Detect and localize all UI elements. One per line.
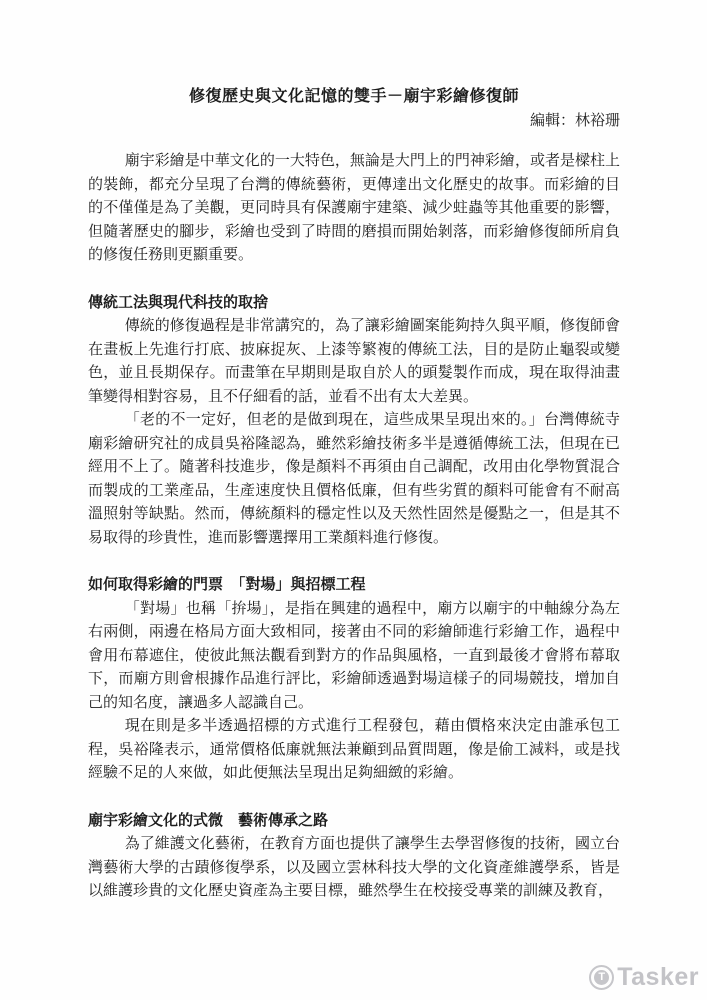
section-heading: 傳統工法與現代科技的取捨 (88, 292, 620, 316)
paragraph: 廟宇彩繪是中華文化的一大特色，無論是大門上的門神彩繪，或者是樑柱上的裝飾，都充分… (88, 150, 620, 268)
watermark-text: Tasker (617, 965, 699, 990)
section-traditional-vs-modern: 傳統工法與現代科技的取捨 傳統的修復過程是非常講究的，為了讓彩繪圖案能夠持久與平… (88, 292, 620, 551)
paragraph: 為了維護文化藝術，在教育方面也提供了讓學生去學習修復的技術，國立台灣藝術大學的古… (88, 833, 620, 904)
document-page: 修復歷史與文化記憶的雙手－廟宇彩繪修復師 編輯：林裕珊 廟宇彩繪是中華文化的一大… (0, 0, 707, 1000)
paragraph: 傳統的修復過程是非常講究的，為了讓彩繪圖案能夠持久與平順，修復師會在畫板上先進行… (88, 315, 620, 409)
document-content: 修復歷史與文化記憶的雙手－廟宇彩繪修復師 編輯：林裕珊 廟宇彩繪是中華文化的一大… (88, 85, 620, 904)
section-intro: 廟宇彩繪是中華文化的一大特色，無論是大門上的門神彩繪，或者是樑柱上的裝飾，都充分… (88, 150, 620, 268)
tasker-logo-letter: T (594, 970, 609, 985)
paragraph: 「老的不一定好，但老的是做到現在，這些成果呈現出來的。」台灣傳統寺廟彩繪研究社的… (88, 409, 620, 550)
paragraph: 現在則是多半透過招標的方式進行工程發包，藉由價格來決定由誰承包工程，吳裕隆表示，… (88, 715, 620, 786)
editor-byline: 編輯：林裕珊 (88, 110, 620, 133)
section-heading: 如何取得彩繪的門票 「對場」與招標工程 (88, 574, 620, 598)
tasker-logo-icon: T (589, 965, 614, 990)
article-body: 廟宇彩繪是中華文化的一大特色，無論是大門上的門神彩繪，或者是樑柱上的裝飾，都充分… (88, 150, 620, 904)
document-title: 修復歷史與文化記憶的雙手－廟宇彩繪修復師 (88, 85, 620, 108)
section-duichang-and-bidding: 如何取得彩繪的門票 「對場」與招標工程 「對場」也稱「拚場」，是指在興建的過程中… (88, 574, 620, 786)
tasker-watermark: T Tasker (589, 965, 699, 990)
paragraph: 「對場」也稱「拚場」，是指在興建的過程中，廟方以廟宇的中軸線分為左右兩側，兩邊在… (88, 598, 620, 716)
section-heading: 廟宇彩繪文化的式微 藝術傳承之路 (88, 810, 620, 834)
section-art-inheritance: 廟宇彩繪文化的式微 藝術傳承之路 為了維護文化藝術，在教育方面也提供了讓學生去學… (88, 810, 620, 904)
